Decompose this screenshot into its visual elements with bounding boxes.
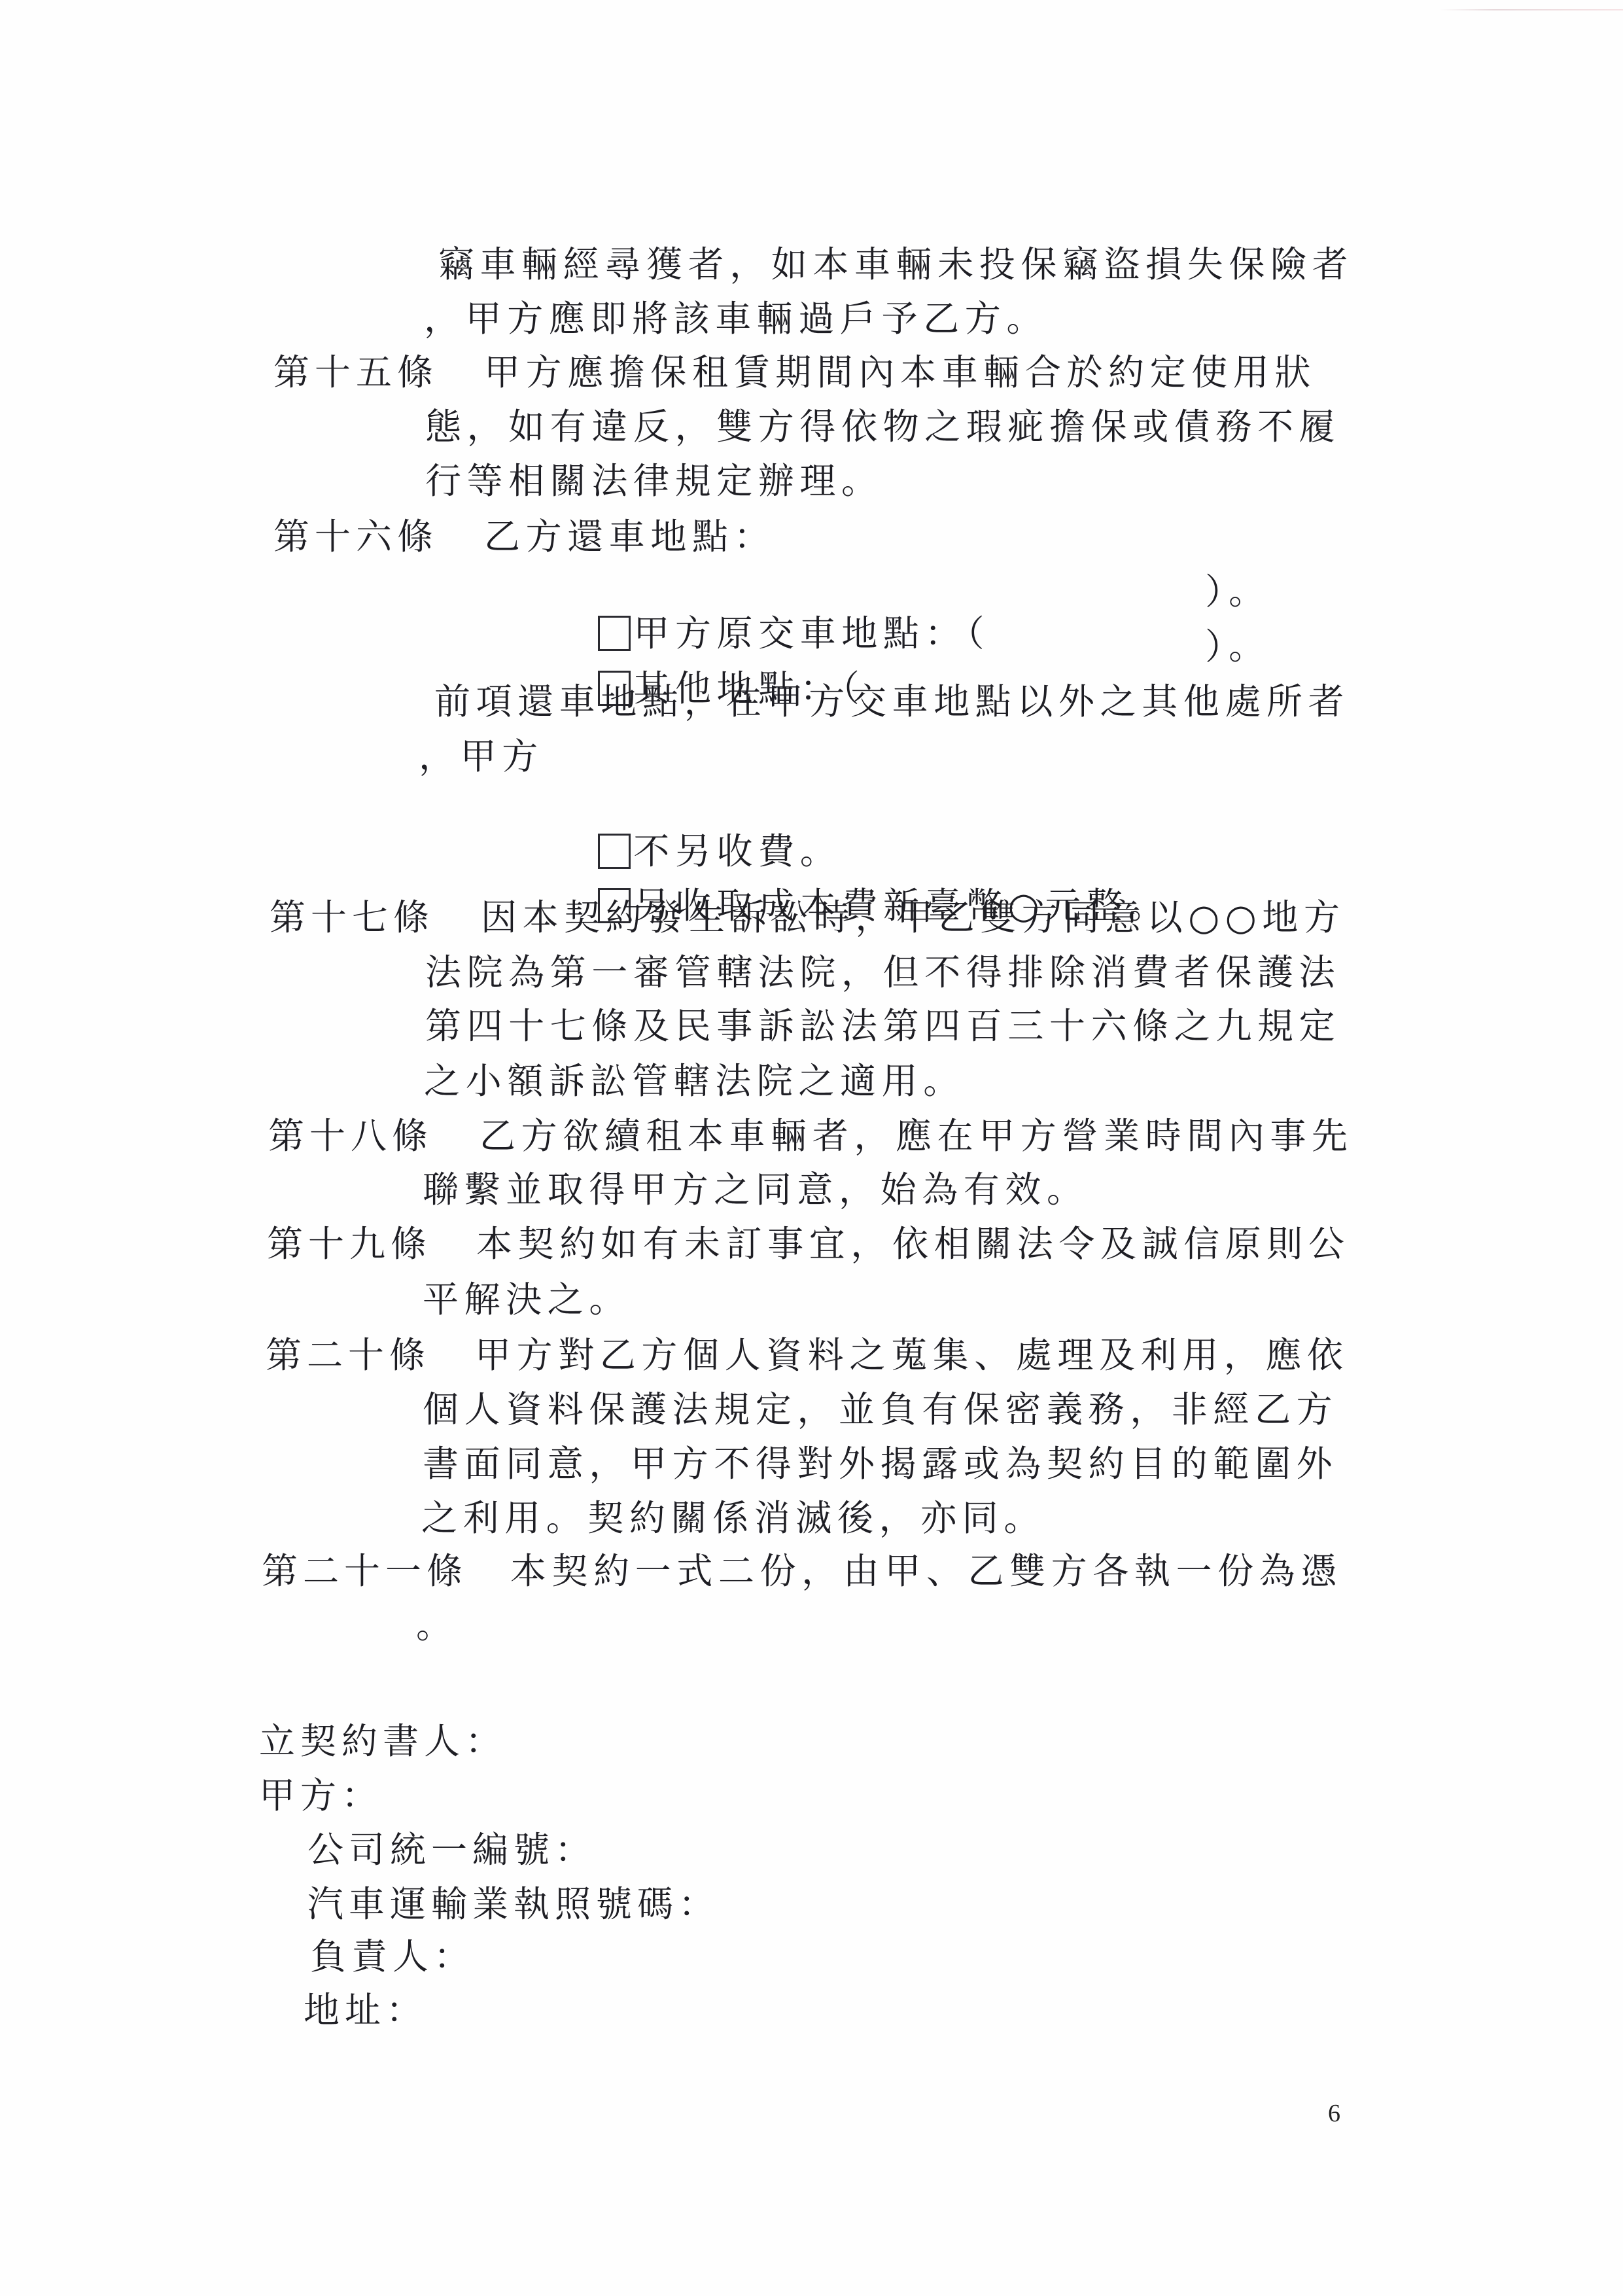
article-17-line-3: 第四十七條及民事訴訟法第四百三十六條之九規定: [425, 1005, 1340, 1047]
article-17-line-4: 之小額訴訟管轄法院之適用。: [424, 1060, 965, 1102]
article-15-label: 第十五條: [273, 351, 438, 393]
article-17-label: 第十七條: [270, 896, 434, 938]
field-responsible-person: 負責人：: [310, 1935, 475, 1977]
option-close-paren: ）。: [1205, 626, 1270, 667]
option-close-paren: ）。: [1205, 571, 1270, 612]
article-17-line-2: 法院為第一審管轄法院，但不得排除消費者保護法: [425, 951, 1340, 993]
field-address: 地址：: [304, 1989, 427, 2031]
party-a-label: 甲方：: [259, 1775, 383, 1816]
article-19-label: 第十九條: [267, 1223, 432, 1265]
article-15-line-2: 態，如有違反，雙方得依物之瑕疵擔保或債務不履: [425, 406, 1340, 448]
article-16-line-1: 乙方還車地點：: [484, 516, 775, 557]
document-page: 竊車輛經尋獲者，如本車輛未投保竊盜損失保險者 ，甲方應即將該車輛過戶予乙方。 第…: [0, 0, 1623, 2296]
article-20-line-1: 甲方對乙方個人資料之蒐集、處理及利用，應依: [475, 1334, 1349, 1376]
article-16-note-line-2: ，甲方: [419, 735, 544, 777]
article-21-line-2: 。: [416, 1604, 458, 1646]
article-18-line-1: 乙方欲續租本車輛者，應在甲方營業時間內事先: [480, 1115, 1353, 1157]
article-15-line-1: 甲方應擔保租賃期間內本車輛合於約定使用狀: [484, 351, 1316, 393]
article-16-note-line-1: 前項還車地點，在甲方交車地點以外之其他處所者: [434, 680, 1350, 722]
article-19-line-1: 本契約如有未訂事宜，依相關法令及誠信原則公: [476, 1223, 1350, 1265]
article-20-label: 第二十條: [266, 1334, 430, 1376]
continuation-line-1: 竊車輛經尋獲者，如本車輛未投保竊盜損失保險者: [438, 243, 1353, 285]
scan-edge-artifact: [1439, 9, 1623, 10]
article-21-line-1: 本契約一式二份，由甲、乙雙方各執一份為憑: [510, 1550, 1342, 1592]
field-company-tax-id: 公司統一編號：: [307, 1829, 596, 1871]
signatories-heading: 立契約書人：: [259, 1720, 506, 1762]
article-19-line-2: 平解決之。: [423, 1279, 631, 1320]
article-15-line-3: 行等相關法律規定辦理。: [425, 460, 883, 502]
article-18-line-2: 聯繫並取得甲方之同意，始為有效。: [423, 1169, 1089, 1210]
page-number: 6: [1328, 2099, 1340, 2128]
article-21-label: 第二十一條: [262, 1550, 468, 1592]
article-20-line-3: 書面同意，甲方不得對外揭露或為契約目的範圍外: [423, 1443, 1338, 1485]
article-17-line-1: 因本契約發生訴訟時，甲乙雙方同意以○○地方: [481, 896, 1346, 938]
article-20-line-4: 之利用。契約關係消滅後，亦同。: [421, 1497, 1045, 1539]
article-20-line-2: 個人資料保護法規定，並負有保密義務，非經乙方: [423, 1388, 1338, 1430]
article-18-label: 第十八條: [268, 1115, 433, 1157]
field-transport-license-number: 汽車運輸業執照號碼：: [307, 1883, 720, 1925]
article-16-label: 第十六條: [273, 516, 438, 557]
continuation-line-2: ，甲方應即將該車輛過戶予乙方。: [424, 298, 1048, 340]
